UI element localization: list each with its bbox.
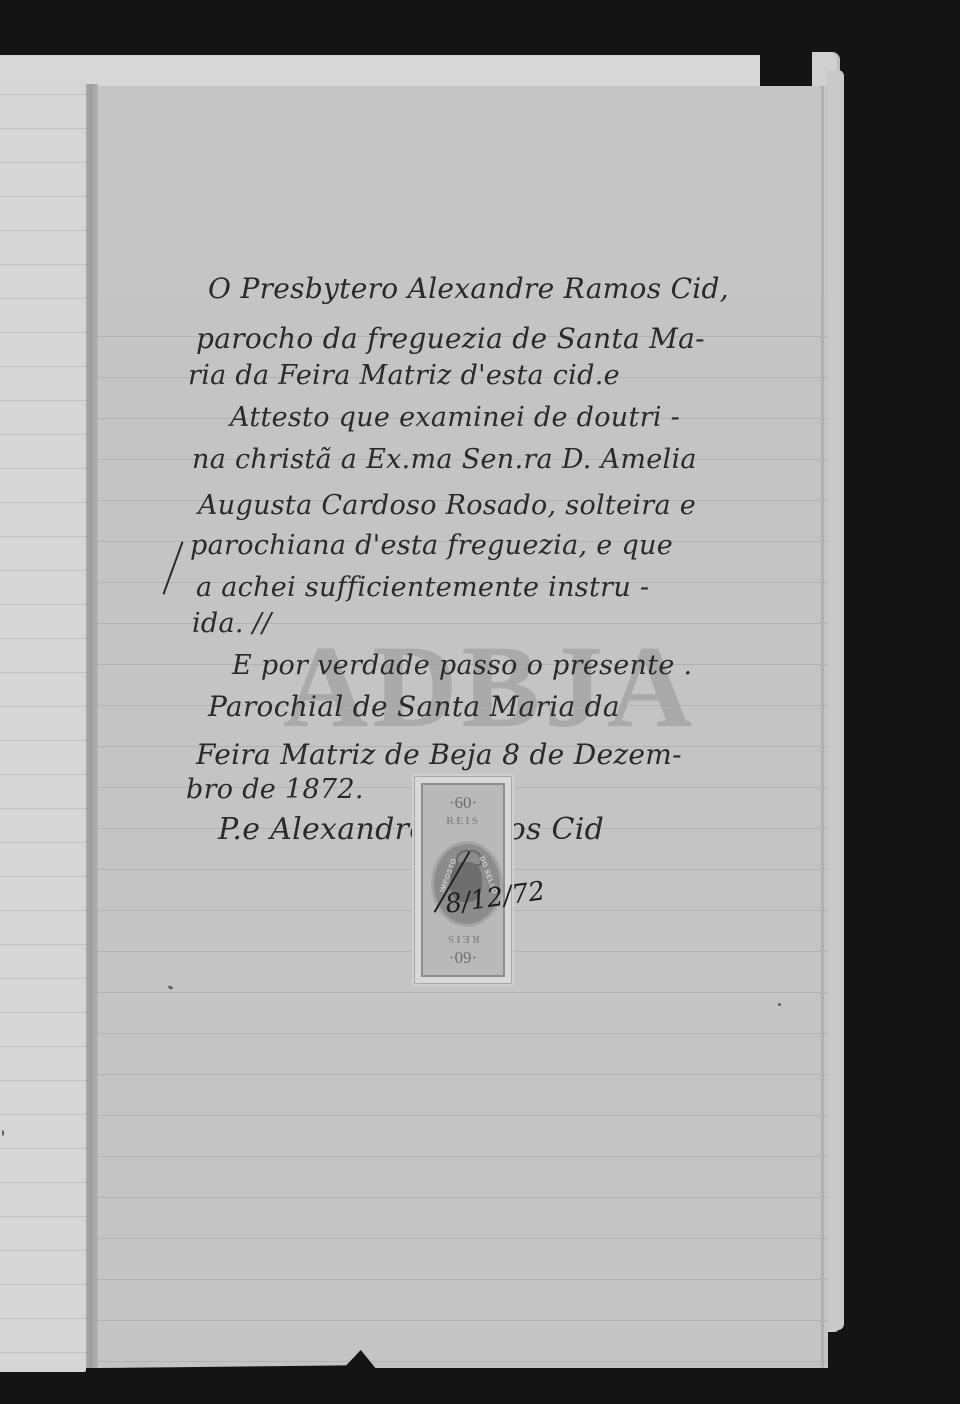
stamp-frame: ·60· REIS IMPOSTO DO SELLO REIS ·60· bbox=[421, 783, 505, 977]
page-edge-line bbox=[821, 86, 824, 1368]
manuscript-line-7: parochiana d'esta freguezia, e que bbox=[190, 530, 673, 561]
paper-speck bbox=[2, 1130, 4, 1136]
paper-speck bbox=[778, 1003, 781, 1006]
manuscript-line-3: ria da Feira Matriz d'esta cid.e bbox=[188, 360, 620, 391]
stamp-value-bottom: ·60· bbox=[423, 947, 503, 967]
manuscript-line-6: Augusta Cardoso Rosado, solteira e bbox=[198, 490, 696, 521]
manuscript-line-9: ida. // bbox=[192, 608, 271, 639]
revenue-stamp: ·60· REIS IMPOSTO DO SELLO REIS ·60· 8/1… bbox=[414, 776, 512, 984]
document-scan: ADBJA O Presbytero Alexandre Ramos Cid, … bbox=[0, 0, 960, 1404]
manuscript-line-10: E por verdade passo o presente . bbox=[232, 650, 692, 681]
book-gutter bbox=[86, 84, 98, 1368]
stamp-value-top: ·60· bbox=[423, 793, 503, 813]
manuscript-line-11: Parochial de Santa Maria da bbox=[208, 690, 620, 723]
page-top-edge bbox=[0, 55, 760, 86]
stamp-currency-top: REIS bbox=[423, 815, 503, 827]
manuscript-line-5: na christã a Ex.ma Sen.ra D. Amelia bbox=[192, 444, 697, 475]
stacked-page-edge-inner bbox=[826, 70, 844, 1330]
signature: P.e Alexandre Ramos Cid bbox=[218, 812, 604, 847]
stamp-currency-bottom: REIS bbox=[423, 933, 503, 945]
manuscript-line-13: bro de 1872. bbox=[186, 774, 364, 805]
manuscript-line-4: Attesto que examinei de doutri - bbox=[230, 402, 680, 433]
archive-watermark: ADBJA bbox=[283, 628, 696, 746]
manuscript-line-2: parocho da freguezia de Santa Ma- bbox=[196, 322, 705, 355]
manuscript-line-12: Feira Matriz de Beja 8 de Dezem- bbox=[196, 738, 682, 771]
manuscript-line-8: a achei sufficientemente instru - bbox=[196, 572, 649, 603]
page-top-margin bbox=[98, 86, 828, 296]
manuscript-line-1: O Presbytero Alexandre Ramos Cid, bbox=[208, 272, 729, 305]
left-page-blank bbox=[0, 80, 86, 1372]
